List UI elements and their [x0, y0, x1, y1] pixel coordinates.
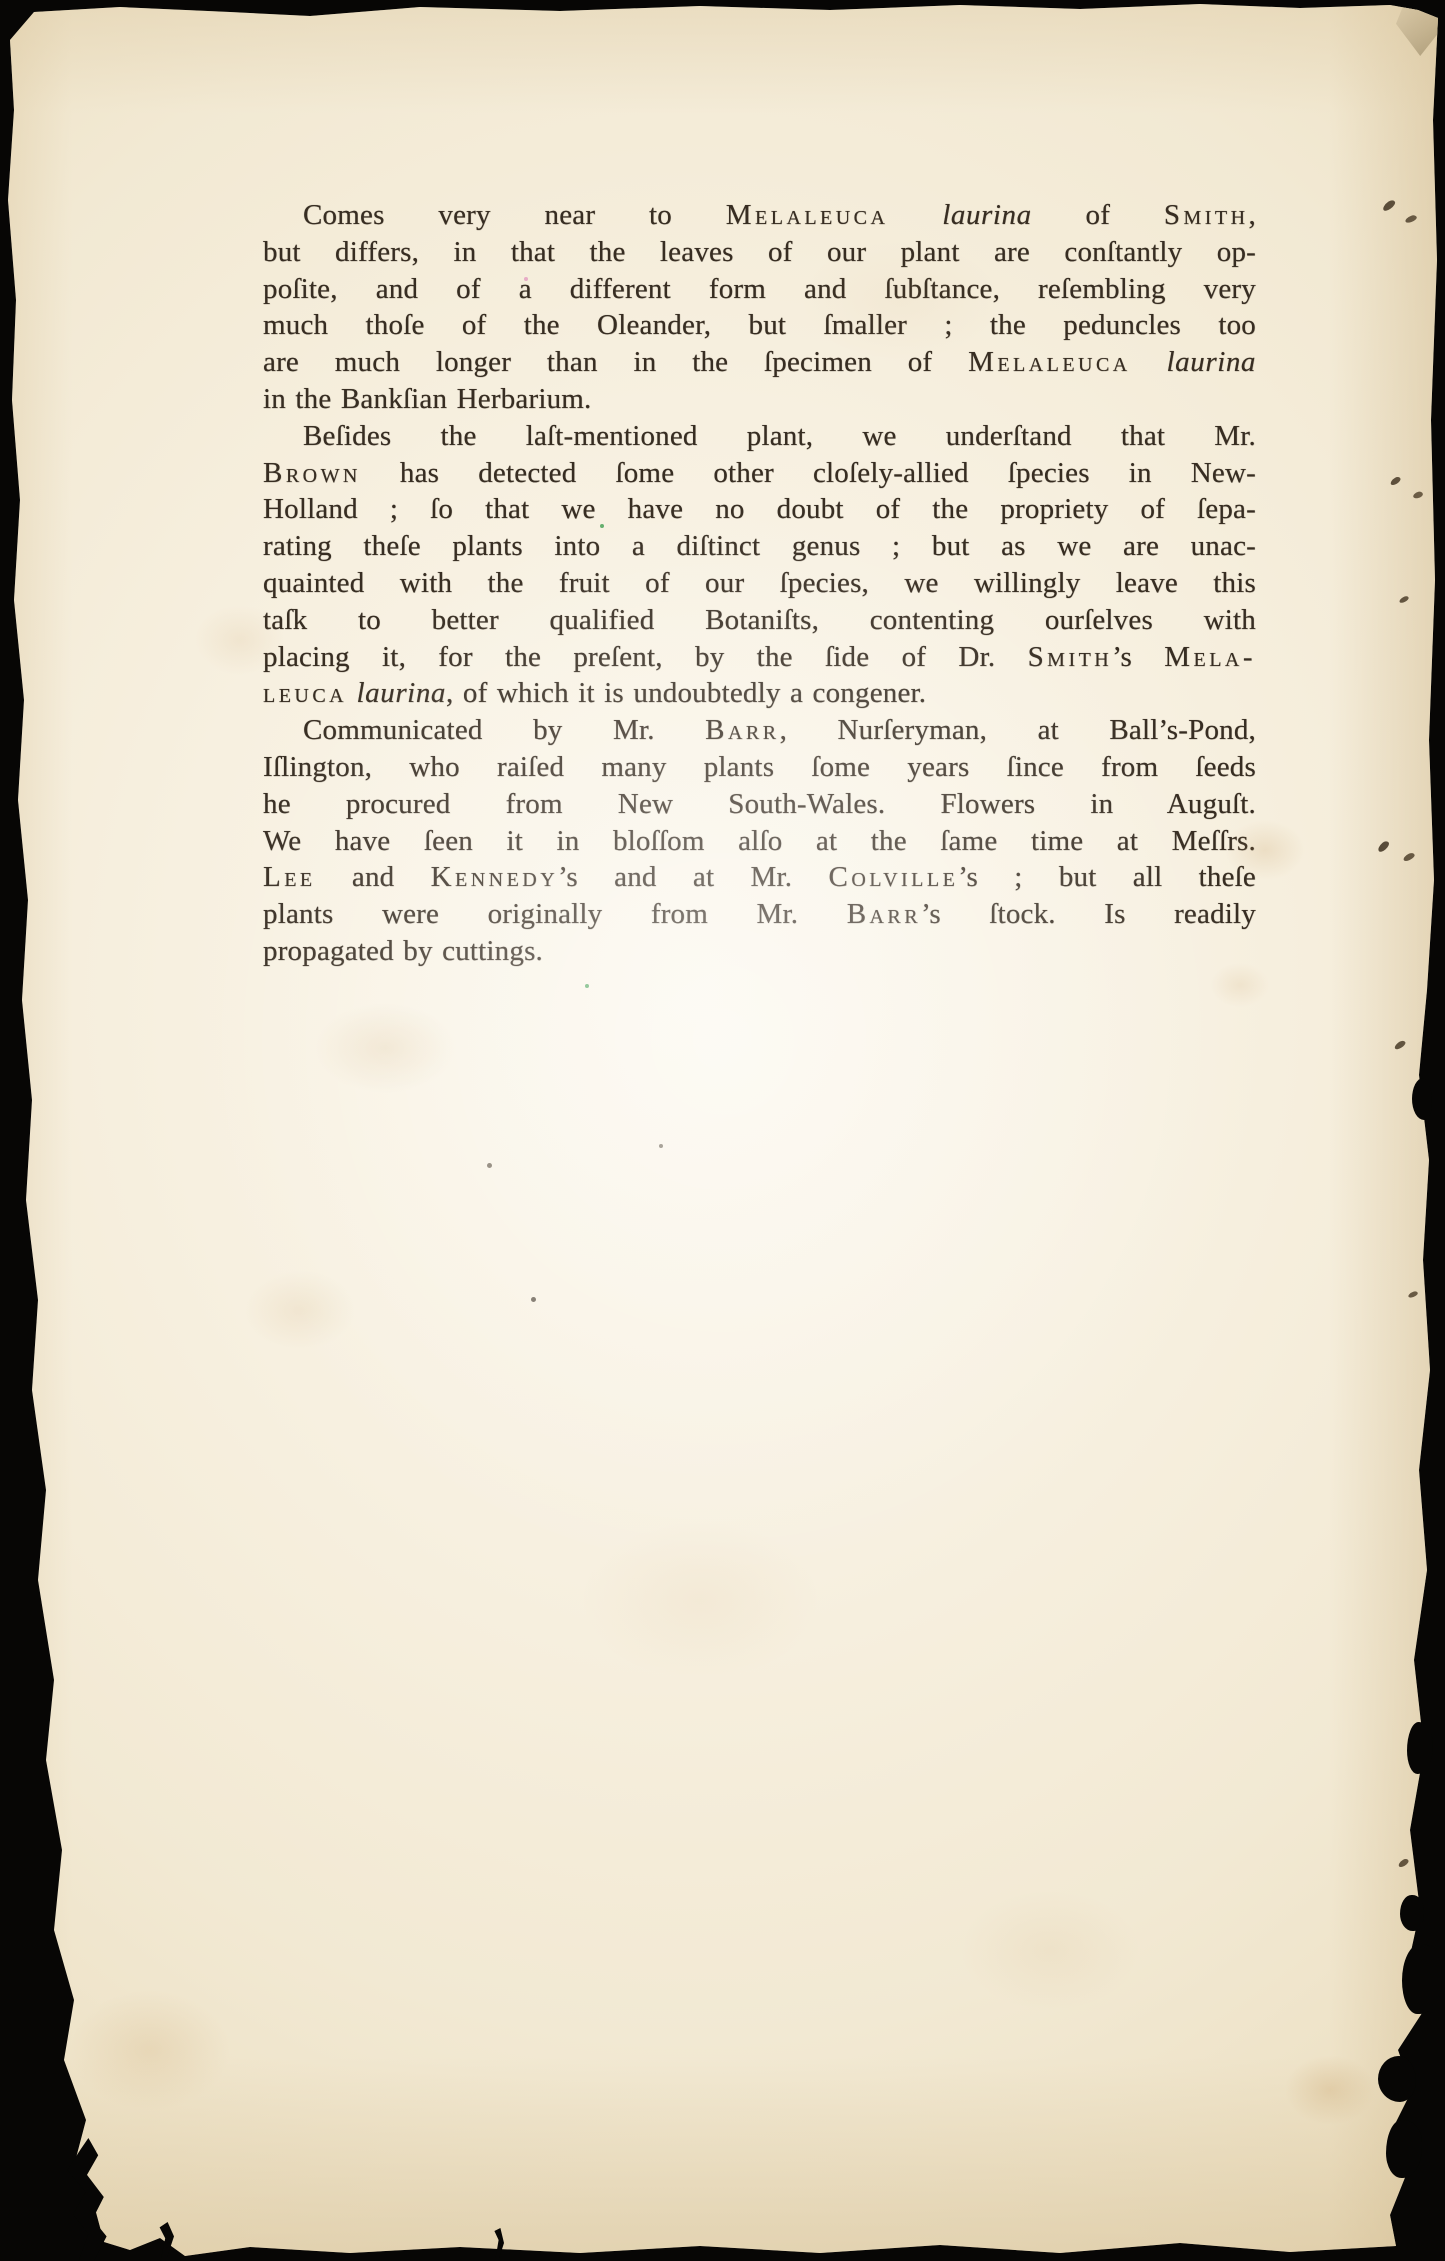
text-run: Holland ; ſo that we have no doubt of th… — [263, 493, 1256, 525]
paper-stain — [1285, 2055, 1375, 2125]
small-caps-name: Smith — [1028, 641, 1113, 673]
scan-background: Comes very near to Melaleuca laurina of … — [0, 0, 1445, 2261]
text-run — [888, 199, 942, 231]
text-run: ’s ; but all theſe — [958, 861, 1256, 893]
text-run: ’s — [1112, 641, 1164, 673]
text-line: quainted with the fruit of our ſpecies, … — [263, 565, 1256, 602]
small-caps-name: Smith — [1164, 199, 1249, 231]
text-line: are much longer than in the ſpecimen of … — [263, 344, 1256, 381]
small-caps-name: Lee — [263, 861, 316, 893]
paragraph: Communicated by Mr. Barr, Nurſeryman, at… — [263, 712, 1256, 970]
text-run: has detected ſome other cloſely-allied ſ… — [361, 457, 1256, 489]
paper-speck — [659, 1144, 663, 1148]
page-text: Comes very near to Melaleuca laurina of … — [263, 197, 1256, 970]
text-run: rating theſe plants into a diſtinct genu… — [263, 530, 1256, 562]
paper-edge-bite — [1412, 1078, 1432, 1120]
text-run: of — [1032, 199, 1164, 231]
paper-edge-bite — [1400, 1895, 1424, 1931]
text-line: poſite, and of a different form and ſubſ… — [263, 271, 1256, 308]
paper-edge-bite — [1402, 1944, 1442, 2014]
paragraph: Comes very near to Melaleuca laurina of … — [263, 197, 1256, 418]
text-run: propagated by cuttings. — [263, 935, 543, 967]
text-run: Communicated by Mr. — [303, 714, 705, 746]
species-name-italic: laurina — [1167, 346, 1256, 378]
text-run: We have ſeen it in bloſſom alſo at the ſ… — [263, 825, 1256, 857]
text-run: poſite, and of a different form and ſubſ… — [263, 273, 1256, 305]
margin-ink-mark — [1407, 1290, 1418, 1298]
small-caps-name: leuca — [263, 677, 347, 709]
text-run: in the Bankſian Herbarium. — [263, 383, 592, 415]
margin-ink-mark — [1398, 595, 1409, 604]
small-caps-name: Mela- — [1164, 641, 1256, 673]
paper-speck — [531, 1297, 536, 1302]
paper-edge-bite — [1378, 2056, 1416, 2102]
text-line: Holland ; ſo that we have no doubt of th… — [263, 491, 1256, 528]
paper-stain — [70, 1990, 230, 2110]
text-run: and — [316, 861, 431, 893]
text-run: are much longer than in the ſpecimen of — [263, 346, 968, 378]
paper-speck — [585, 984, 589, 988]
text-line: much thoſe of the Oleander, but ſmaller … — [263, 307, 1256, 344]
text-run: Iſlington, who raiſed many plants ſome y… — [263, 751, 1256, 783]
text-line: We have ſeen it in bloſſom alſo at the ſ… — [263, 823, 1256, 860]
text-run: Comes very near to — [303, 199, 726, 231]
text-line: Brown has detected ſome other cloſely-al… — [263, 455, 1256, 492]
text-run — [347, 677, 356, 709]
paper-edge-bite — [1386, 2120, 1422, 2178]
text-line: taſk to better qualified Botaniſts, cont… — [263, 602, 1256, 639]
small-caps-name: Barr — [705, 714, 779, 746]
small-caps-name: Brown — [263, 457, 361, 489]
margin-ink-mark — [1402, 852, 1415, 863]
small-caps-name: Melaleuca — [968, 346, 1131, 378]
text-run: ’s ſtock. Is readily — [921, 898, 1256, 930]
paper-stain — [960, 1890, 1140, 2010]
text-line: he procured from New South-Wales. Flower… — [263, 786, 1256, 823]
text-line: in the Bankſian Herbarium. — [263, 381, 1256, 418]
text-run: plants were originally from Mr. — [263, 898, 847, 930]
text-line: Beſides the laſt-mentioned plant, we und… — [263, 418, 1256, 455]
paper-edge-bite — [1407, 1722, 1433, 1774]
paper-speck — [524, 277, 528, 281]
page-corner-fold — [1396, 4, 1440, 56]
text-run: , Nurſeryman, at Ball’s-Pond, — [780, 714, 1256, 746]
text-run: but differs, in that the leaves of our p… — [263, 236, 1256, 268]
small-caps-name: Kennedy — [431, 861, 559, 893]
margin-ink-mark — [1393, 1039, 1406, 1050]
text-line: plants were originally from Mr. Barr’s ſ… — [263, 896, 1256, 933]
paper-speck — [600, 524, 604, 528]
text-run: ’s and at Mr. — [558, 861, 828, 893]
species-name-italic: laurina — [942, 199, 1031, 231]
paper-speck — [487, 1163, 492, 1168]
text-run: taſk to better qualified Botaniſts, cont… — [263, 604, 1256, 636]
text-line: but differs, in that the leaves of our p… — [263, 234, 1256, 271]
paper-page: Comes very near to Melaleuca laurina of … — [0, 0, 1445, 2261]
text-run: much thoſe of the Oleander, but ſmaller … — [263, 309, 1256, 341]
margin-ink-mark — [1389, 476, 1402, 487]
text-line: propagated by cuttings. — [263, 933, 1256, 970]
text-line: Communicated by Mr. Barr, Nurſeryman, at… — [263, 712, 1256, 749]
margin-ink-mark — [1397, 1858, 1410, 1869]
margin-ink-mark — [1412, 491, 1423, 499]
margin-ink-mark — [1376, 840, 1390, 854]
text-run: , — [1249, 199, 1256, 231]
text-line: rating theſe plants into a diſtinct genu… — [263, 528, 1256, 565]
paper-stain — [315, 1003, 455, 1093]
text-run: he procured from New South-Wales. Flower… — [263, 788, 1256, 820]
small-caps-name: Colville — [829, 861, 959, 893]
paper-stain — [245, 1270, 355, 1350]
margin-ink-mark — [1404, 214, 1417, 224]
margin-ink-mark — [1381, 199, 1396, 213]
small-caps-name: Melaleuca — [726, 199, 889, 231]
text-line: Iſlington, who raiſed many plants ſome y… — [263, 749, 1256, 786]
text-line: leuca laurina, of which it is undoubtedl… — [263, 675, 1256, 712]
species-name-italic: laurina — [357, 677, 446, 709]
paragraph: Beſides the laſt-mentioned plant, we und… — [263, 418, 1256, 712]
paper-stain — [580, 1520, 820, 1680]
text-line: Comes very near to Melaleuca laurina of … — [263, 197, 1256, 234]
text-run: placing it, for the preſent, by the ſide… — [263, 641, 1028, 673]
text-run: , of which it is undoubtedly a congener. — [446, 677, 926, 709]
text-run: Beſides the laſt-mentioned plant, we und… — [303, 420, 1256, 452]
small-caps-name: Barr — [847, 898, 921, 930]
text-line: placing it, for the preſent, by the ſide… — [263, 639, 1256, 676]
text-run: quainted with the fruit of our ſpecies, … — [263, 567, 1256, 599]
text-line: Lee and Kennedy’s and at Mr. Colville’s … — [263, 859, 1256, 896]
text-run — [1131, 346, 1167, 378]
